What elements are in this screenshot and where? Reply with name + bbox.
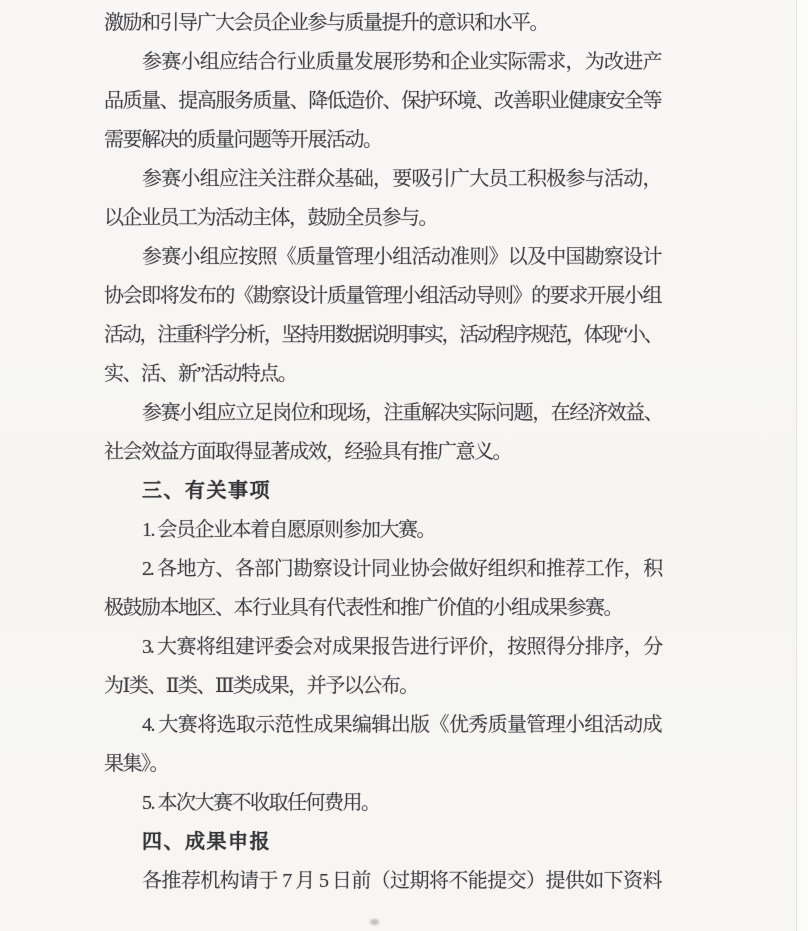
section-heading-related-matters: 三、有关事项 — [104, 472, 661, 511]
section-heading-achievement-declaration: 四、成果申报 — [104, 823, 661, 862]
text-line: 参赛小组应立足岗位和现场，注重解决实际问题，在经济效益、 — [104, 394, 661, 433]
text-line: 以企业员工为活动主体，鼓励全员参与。 — [104, 199, 661, 238]
text-line: 活动，注重科学分析，坚持用数据说明事实，活动程序规范，体现“小、 — [104, 316, 661, 355]
text-line: 需要解决的质量问题等开展活动。 — [104, 121, 661, 160]
text-line: 参赛小组应结合行业质量发展形势和企业实际需求，为改进产 — [104, 43, 661, 82]
page-number-mark — [370, 919, 379, 925]
text-line: 品质量、提高服务质量、降低造价、保护环境、改善职业健康安全等 — [104, 82, 661, 121]
text-line: 实、活、新”活动特点。 — [104, 355, 661, 394]
text-line: 极鼓励本地区、本行业具有代表性和推广价值的小组成果参赛。 — [104, 589, 661, 628]
scan-edge-strip — [797, 0, 808, 931]
document-text-column: 激励和引导广大会员企业参与质量提升的意识和水平。 参赛小组应结合行业质量发展形势… — [104, 4, 661, 901]
scan-edge-line — [796, 0, 797, 931]
text-line: 社会效益方面取得显著成效，经验具有推广意义。 — [104, 433, 661, 472]
list-item-4: 4. 大赛将选取示范性成果编辑出版《优秀质量管理小组活动成 — [104, 706, 661, 745]
text-line: 各推荐机构请于 7 月 5 日前（过期将不能提交）提供如下资料 — [104, 862, 661, 901]
text-line: 参赛小组应按照《质量管理小组活动准则》以及中国勘察设计 — [104, 238, 661, 277]
text-line: 激励和引导广大会员企业参与质量提升的意识和水平。 — [104, 4, 661, 43]
text-line: 为Ⅰ类、Ⅱ类、Ⅲ类成果，并予以公布。 — [104, 667, 661, 706]
list-item-1: 1. 会员企业本着自愿原则参加大赛。 — [104, 511, 661, 550]
document-page: 激励和引导广大会员企业参与质量提升的意识和水平。 参赛小组应结合行业质量发展形势… — [0, 0, 808, 931]
text-line: 参赛小组应注关注群众基础，要吸引广大员工积极参与活动， — [104, 160, 661, 199]
list-item-3: 3. 大赛将组建评委会对成果报告进行评价，按照得分排序，分 — [104, 628, 661, 667]
text-line: 协会即将发布的《勘察设计质量管理小组活动导则》的要求开展小组 — [104, 277, 661, 316]
list-item-5: 5. 本次大赛不收取任何费用。 — [104, 784, 661, 823]
text-line: 果集》。 — [104, 745, 661, 784]
list-item-2: 2. 各地方、各部门勘察设计同业协会做好组织和推荐工作，积 — [104, 550, 661, 589]
